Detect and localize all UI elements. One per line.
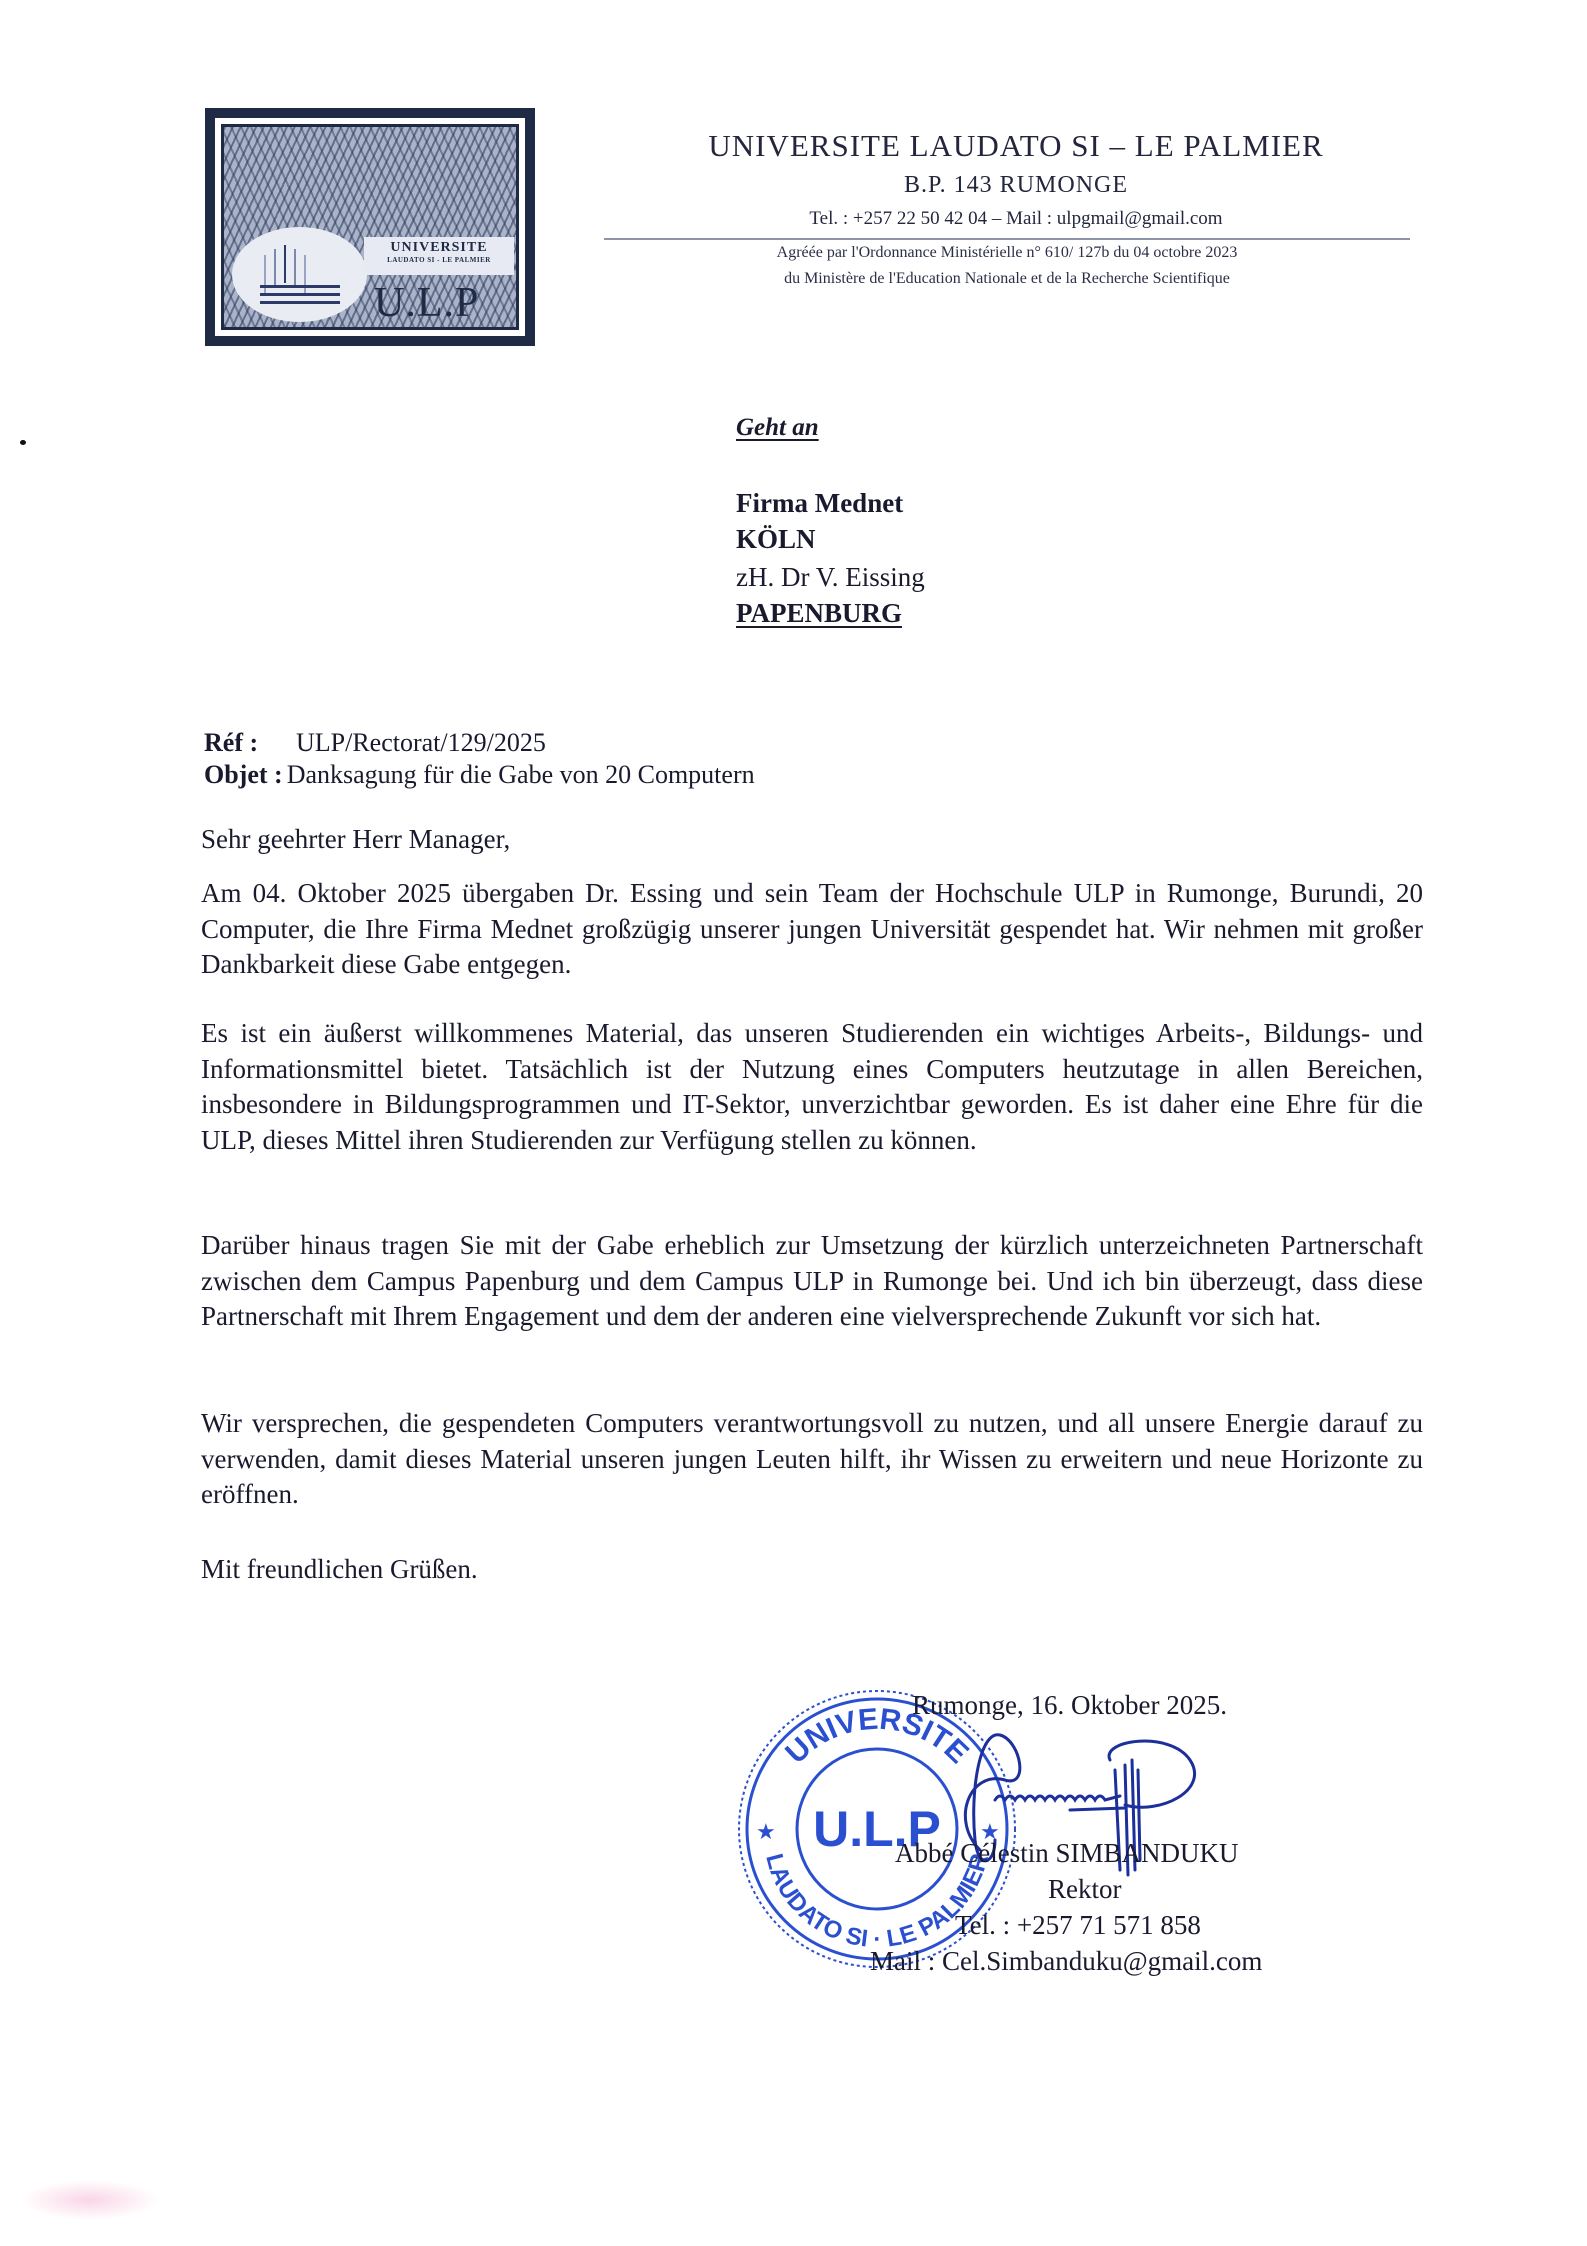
reference-line: Réf :ULP/Rectorat/129/2025 (204, 728, 546, 758)
addressee-label: Geht an (736, 414, 819, 442)
open-book-icon (232, 227, 367, 322)
signatory-email: Mail : Cel.Simbanduku@gmail.com (870, 1946, 1262, 1977)
signatory-name: Abbé Célestin SIMBANDUKU (895, 1838, 1239, 1869)
logo-initials: U.L.P (374, 279, 479, 327)
logo-plate-line2: LAUDATO SI - LE PALMIER (364, 256, 514, 264)
addressee-company: Firma Mednet (736, 488, 903, 519)
header-divider (604, 238, 1410, 240)
logo-image: UNIVERSITE LAUDATO SI - LE PALMIER U.L.P (221, 124, 519, 330)
scan-artifact-smudge (20, 2180, 160, 2220)
logo-plate: UNIVERSITE LAUDATO SI - LE PALMIER (364, 237, 514, 275)
closing: Mit freundlichen Grüßen. (201, 1552, 1423, 1588)
signatory-phone: Tel. : +257 71 571 858 (955, 1910, 1201, 1941)
body-paragraph-1: Am 04. Oktober 2025 übergaben Dr. Essing… (201, 876, 1423, 983)
subject-line: Objet :Danksagung für die Gabe von 20 Co… (204, 760, 755, 790)
university-name: UNIVERSITE LAUDATO SI – LE PALMIER (636, 128, 1396, 164)
postal-box: B.P. 143 RUMONGE (636, 172, 1396, 199)
university-logo: UNIVERSITE LAUDATO SI - LE PALMIER U.L.P (205, 108, 535, 346)
university-contact: Tel. : +257 22 50 42 04 – Mail : ulpgmai… (636, 208, 1396, 230)
place-date: Rumonge, 16. Oktober 2025. (912, 1690, 1227, 1721)
addressee-attention: zH. Dr V. Eissing (736, 562, 925, 593)
accreditation-line-1: Agréée par l'Ordonnance Ministérielle n°… (604, 244, 1410, 262)
body-paragraph-2: Es ist ein äußerst willkommenes Material… (201, 1016, 1423, 1158)
scan-artifact-dot (20, 440, 26, 445)
star-icon: ★ (756, 1820, 776, 1845)
subject-label: Objet : (204, 760, 283, 790)
body-paragraph-4: Wir versprechen, die gespendeten Compute… (201, 1406, 1423, 1513)
signatory-title: Rektor (1048, 1874, 1122, 1905)
logo-plate-line1: UNIVERSITE (364, 237, 514, 256)
reference-value: ULP/Rectorat/129/2025 (296, 728, 546, 757)
accreditation-line-2: du Ministère de l'Education Nationale et… (604, 270, 1410, 288)
addressee-city-2: PAPENBURG (736, 598, 902, 629)
body-paragraph-3: Darüber hinaus tragen Sie mit der Gabe e… (201, 1228, 1423, 1335)
subject-value: Danksagung für die Gabe von 20 Computern (287, 760, 755, 789)
salutation: Sehr geehrter Herr Manager, (201, 822, 1423, 858)
addressee-city-1: KÖLN (736, 524, 816, 555)
reference-label: Réf : (204, 728, 296, 758)
